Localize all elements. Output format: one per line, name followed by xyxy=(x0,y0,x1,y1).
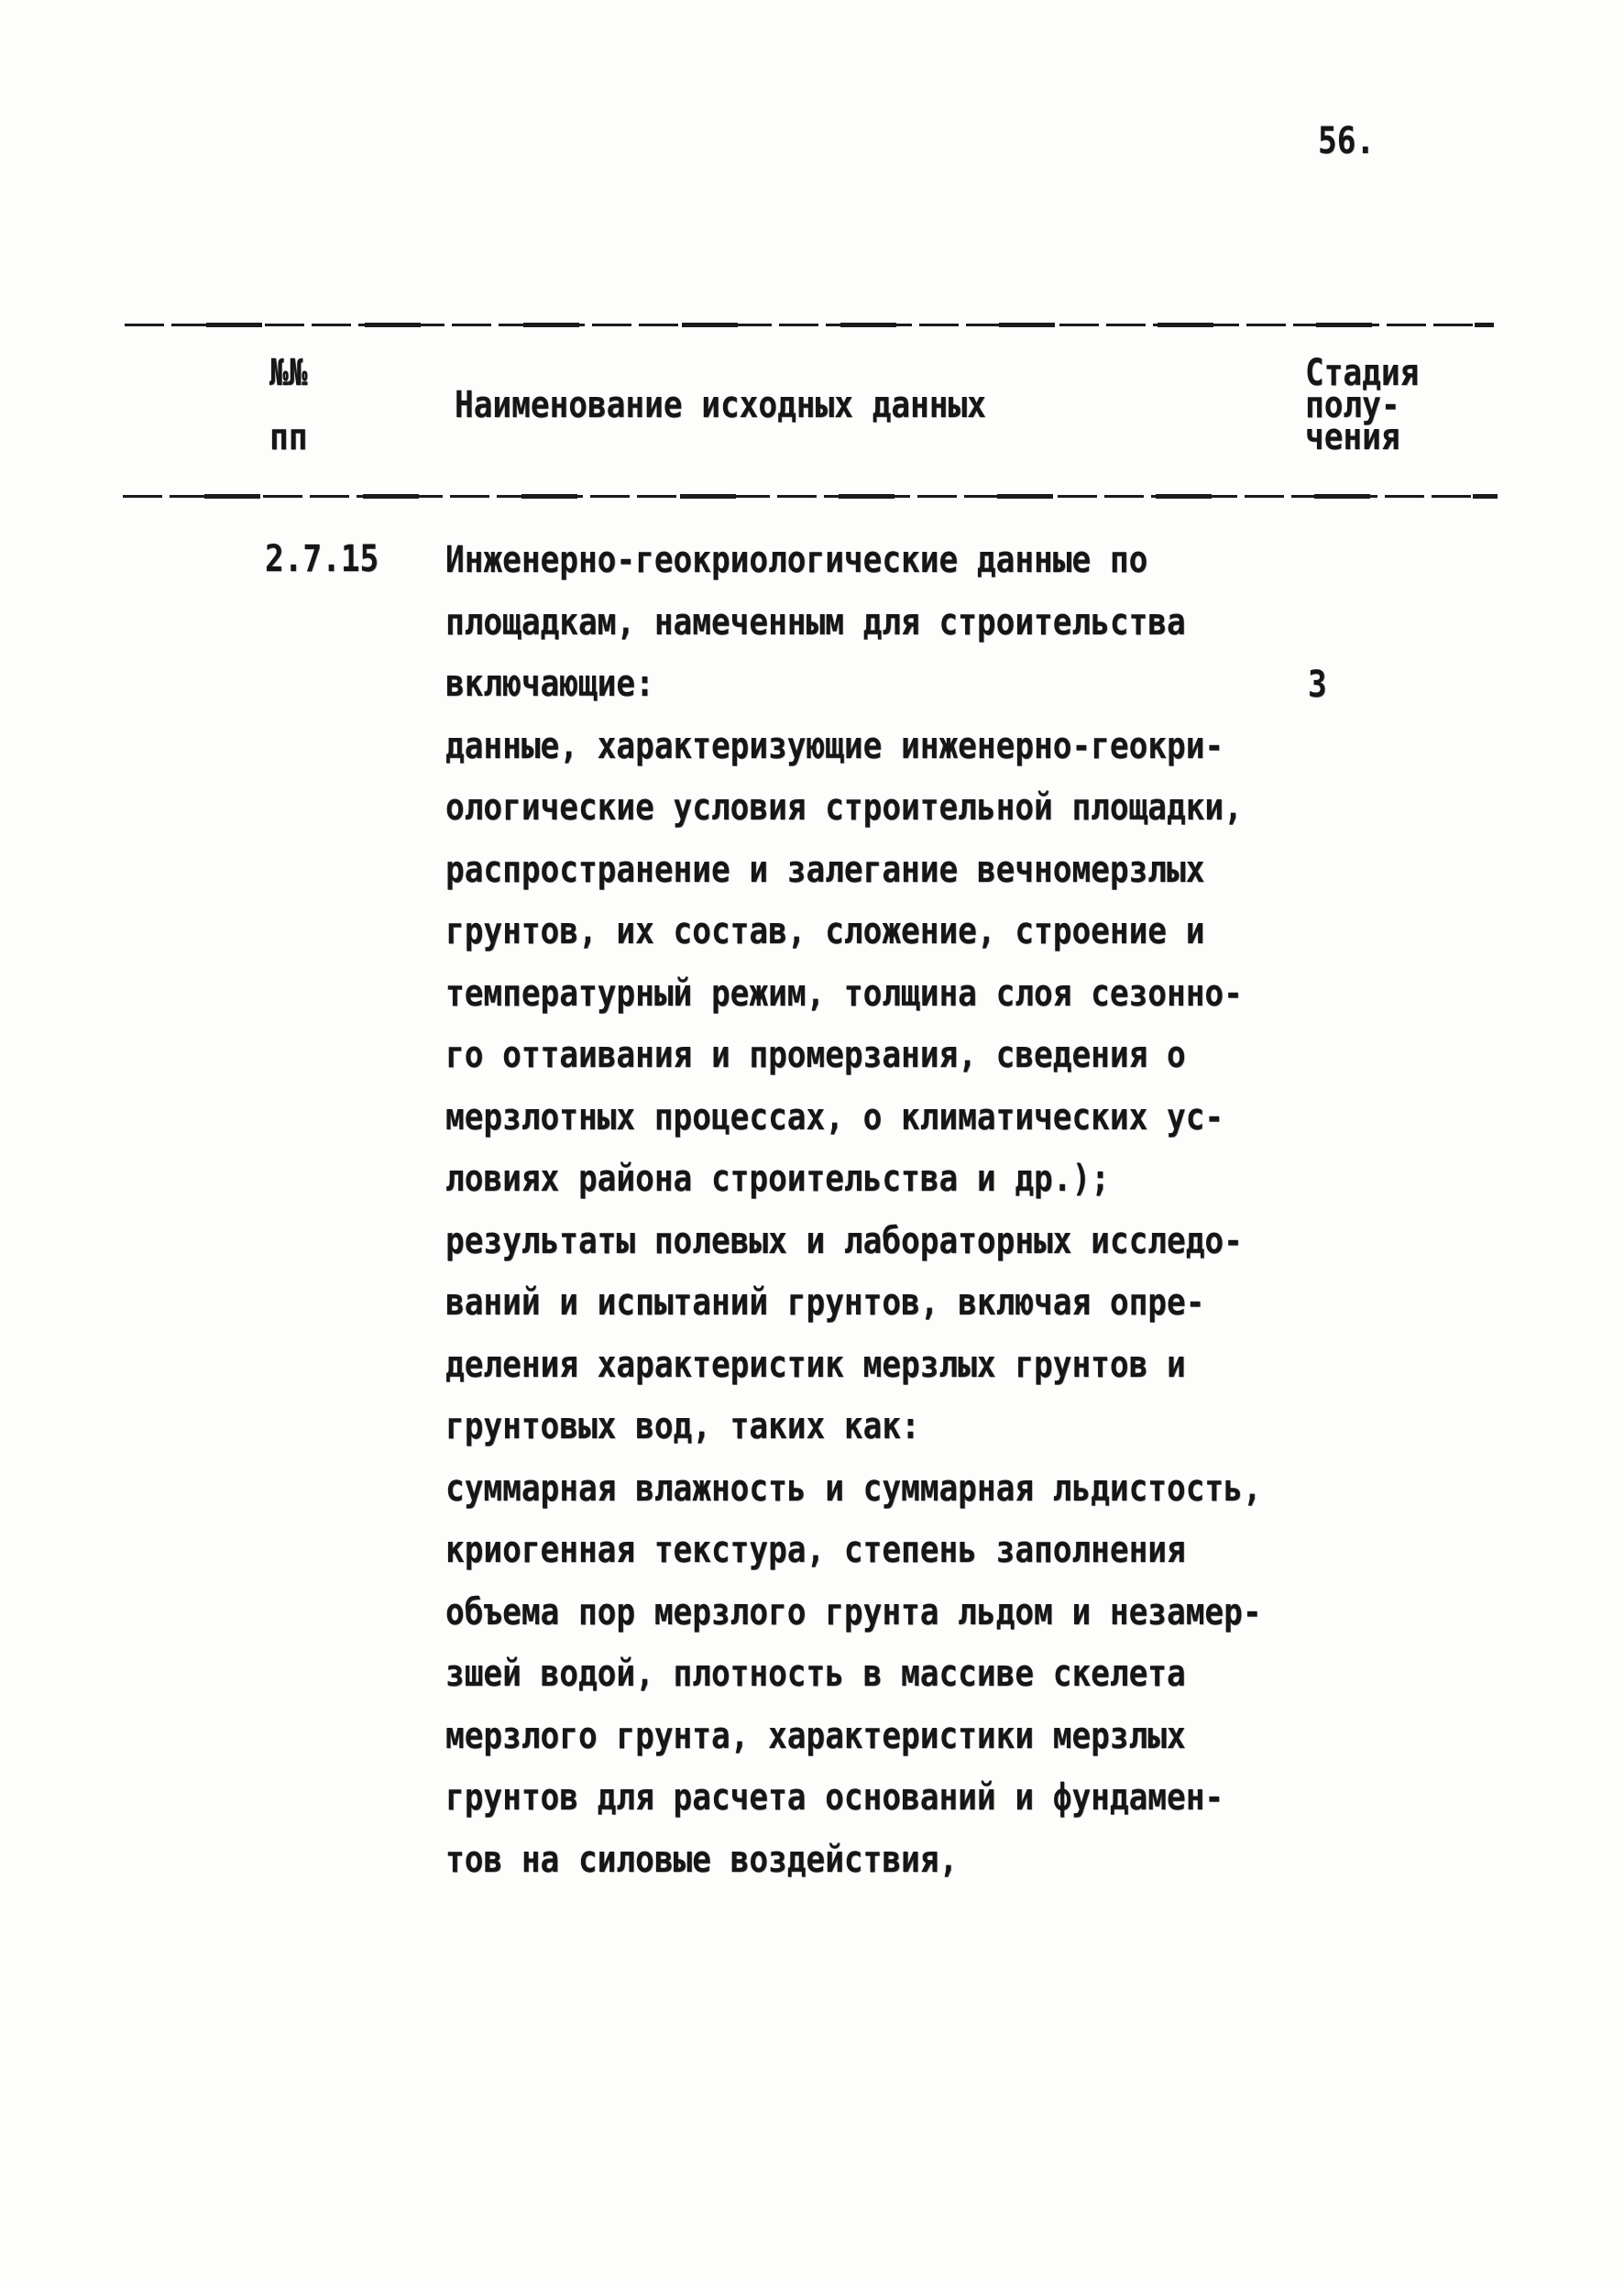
entry-stage-value: 3 xyxy=(1308,668,1327,701)
entry-body-text: Инженерно-геокриологические данные по пл… xyxy=(445,530,1262,1891)
page-number: 56. xyxy=(1318,121,1375,161)
table-header-number-column: №№ пп xyxy=(269,357,307,454)
entry-clause-number: 2.7.15 xyxy=(265,540,379,578)
table-header-stage-column: Стадия полу- чения xyxy=(1305,357,1419,454)
table-header-top-rule xyxy=(125,323,1494,327)
scanned-document-page: 56. №№ пп Наименование исходных данных С… xyxy=(0,0,1624,2287)
table-header-bottom-rule xyxy=(123,494,1498,499)
table-header-name-column: Наименование исходных данных xyxy=(455,389,986,422)
